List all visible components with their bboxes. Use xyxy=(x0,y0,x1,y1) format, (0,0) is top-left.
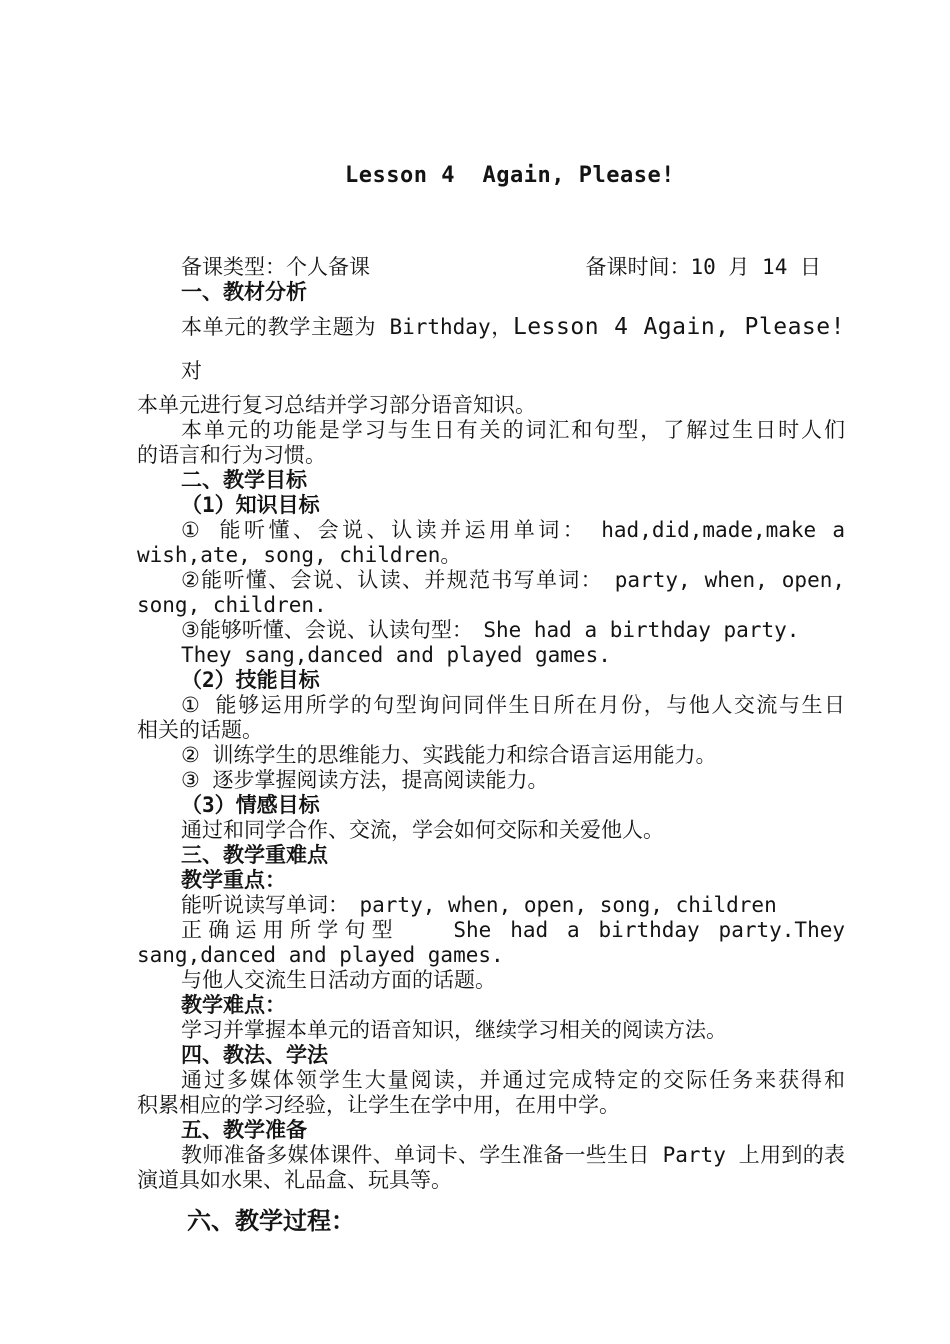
heading-methods: 四、教法、学法 xyxy=(137,1043,845,1068)
document-content: Lesson 4 Again, Please! 备课类型：个人备课 备课时间：1… xyxy=(137,163,845,1235)
text-line: 与他人交流生日活动方面的话题。 xyxy=(137,968,845,993)
text-line: ② 训练学生的思维能力、实践能力和综合语言运用能力。 xyxy=(137,743,845,768)
text-line: 本单元进行复习总结并学习部分语音知识。 xyxy=(137,393,845,418)
paragraph-unit-theme-pre: 本单元的教学主题为 Birthday， xyxy=(181,315,513,339)
text-line: 积累相应的学习经验，让学生在学中用，在用中学。 xyxy=(137,1093,845,1118)
heading-preparation: 五、教学准备 xyxy=(137,1118,845,1143)
meta-row: 备课类型：个人备课 备课时间：10 月 14 日 xyxy=(137,255,845,280)
text-line: sang,danced and played games. xyxy=(137,943,845,968)
document-title: Lesson 4 Again, Please! xyxy=(137,163,845,189)
heading-teaching-process: 六、教学过程： xyxy=(137,1207,845,1235)
text-line: ③ 逐步掌握阅读方法，提高阅读能力。 xyxy=(137,768,845,793)
paragraph-unit-theme: 本单元的教学主题为 Birthday，Lesson 4 Again, Pleas… xyxy=(137,305,845,393)
paragraph-unit-theme-lesson: Lesson 4 Again, Please! xyxy=(513,314,845,340)
text-line: 教师准备多媒体课件、单词卡、学生准备一些生日 Party 上用到的表 xyxy=(137,1143,845,1168)
text-line: 相关的话题。 xyxy=(137,718,845,743)
text-line: ②能听懂、会说、认读、并规范书写单词： party, when, open, xyxy=(137,568,845,593)
subheading-skill-objectives: （2）技能目标 xyxy=(137,668,845,693)
subheading-emotion-objectives: （3）情感目标 xyxy=(137,793,845,818)
text-line: ① 能够运用所学的句型询问同伴生日所在月份，与他人交流与生日 xyxy=(137,693,845,718)
heading-teaching-objectives: 二、教学目标 xyxy=(137,468,845,493)
text-line: 通过多媒体领学生大量阅读，并通过完成特定的交际任务来获得和 xyxy=(137,1068,845,1093)
text-line: wish,ate, song, children。 xyxy=(137,543,845,568)
text-line: 的语言和行为习惯。 xyxy=(137,443,845,468)
text-line: 通过和同学合作、交流，学会如何交际和关爱他人。 xyxy=(137,818,845,843)
heading-key-difficult-points: 三、教学重难点 xyxy=(137,843,845,868)
subheading-difficult-points: 教学难点： xyxy=(137,993,845,1018)
text-line: 本单元的功能是学习与生日有关的词汇和句型，了解过生日时人们 xyxy=(137,418,845,443)
subheading-knowledge-objectives: （1）知识目标 xyxy=(137,493,845,518)
paragraph-unit-theme-post: 对 xyxy=(181,359,202,383)
text-line: ③能够听懂、会说、认读句型： She had a birthday party. xyxy=(137,618,845,643)
text-line: ① 能听懂、会说、认读并运用单词： had,did,made,make a xyxy=(137,518,845,543)
text-line: They sang,danced and played games. xyxy=(137,643,845,668)
heading-material-analysis: 一、教材分析 xyxy=(137,280,845,305)
text-line: 能听说读写单词： party, when, open, song, childr… xyxy=(137,893,845,918)
text-line: 学习并掌握本单元的语音知识，继续学习相关的阅读方法。 xyxy=(137,1018,845,1043)
text-line: 演道具如水果、礼品盒、玩具等。 xyxy=(137,1168,845,1193)
text-line: song, children. xyxy=(137,593,845,618)
subheading-key-points: 教学重点： xyxy=(137,868,845,893)
meta-prep-time: 备课时间：10 月 14 日 xyxy=(585,255,821,280)
document-page: Lesson 4 Again, Please! 备课类型：个人备课 备课时间：1… xyxy=(0,0,950,1344)
text-line: 正确运用所学句型 She had a birthday party.They xyxy=(137,918,845,943)
meta-prep-type: 备课类型：个人备课 xyxy=(181,255,370,280)
